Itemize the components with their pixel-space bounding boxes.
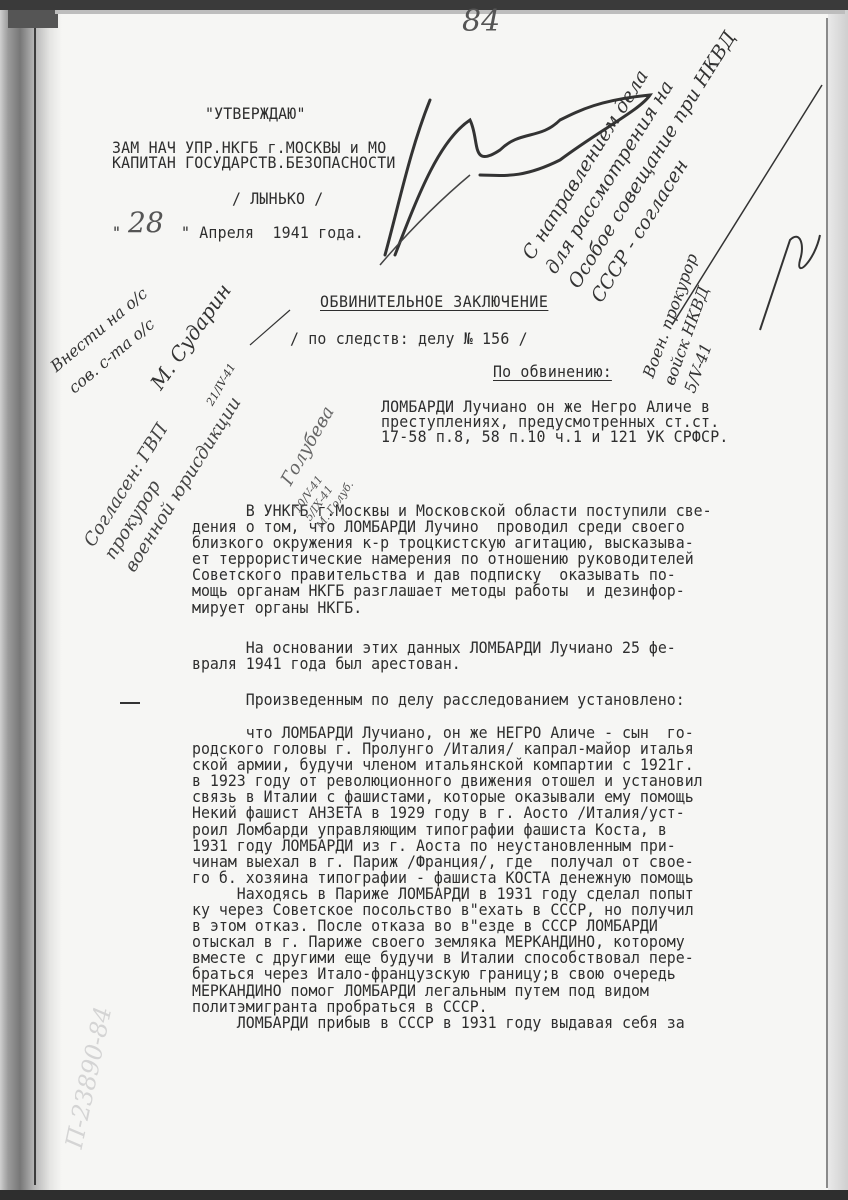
archive-stamp: П-23890-84 <box>60 1004 117 1151</box>
date-rest: " Апреля 1941 года. <box>181 225 364 241</box>
approval-heading: "УТВЕРЖДАЮ" <box>205 106 306 122</box>
page-top-edge <box>55 10 845 14</box>
document-page: 84 "УТВЕРЖДАЮ" ЗАМ НАЧ УПР.НКГБ г.МОСКВЫ… <box>0 0 848 1200</box>
binding-line <box>34 20 36 1185</box>
charge-line-3: 17-58 п.8, 58 п.10 ч.1 и 121 УК СРФСР. <box>381 429 729 445</box>
date-day-handwritten: 28 <box>128 206 164 239</box>
margin-dash-mark <box>120 702 140 704</box>
paragraph-intelligence-report: В УНКГБ г.Москвы и Московской области по… <box>192 503 712 616</box>
approval-name: / ЛЫНЬКО / <box>232 191 323 207</box>
scan-bottom-border <box>0 1190 848 1200</box>
charge-heading: По обвинению: <box>493 364 612 380</box>
binding-spine <box>0 0 62 1200</box>
handwritten-prosecutor-signoff: Воен. прокурор войск НКВД 5/V-41 <box>638 251 745 396</box>
document-title: ОБВИНИТЕЛЬНОЕ ЗАКЛЮЧЕНИЕ <box>320 294 548 310</box>
case-reference: / по следств: делу № 156 / <box>290 331 528 347</box>
date-open-quote: " <box>112 225 121 241</box>
paragraph-findings-heading: Произведенным по делу расследованием уст… <box>192 692 685 708</box>
page-edge-right <box>828 0 848 1200</box>
paragraph-arrest: На основании этих данных ЛОМБАРДИ Лучиан… <box>192 640 676 672</box>
handwritten-resolution: С направлением дела для рассмотрения на … <box>516 0 766 308</box>
paragraph-findings-body: что ЛОМБАРДИ Лучиано, он же НЕГРО Аличе … <box>192 725 703 1031</box>
approval-position-line2: КАПИТАН ГОСУДАРСТВ.БЕЗОПАСНОСТИ <box>112 155 395 171</box>
page-number: 84 <box>462 4 500 39</box>
page-right-edge <box>826 18 828 1188</box>
scan-top-border <box>0 0 848 10</box>
